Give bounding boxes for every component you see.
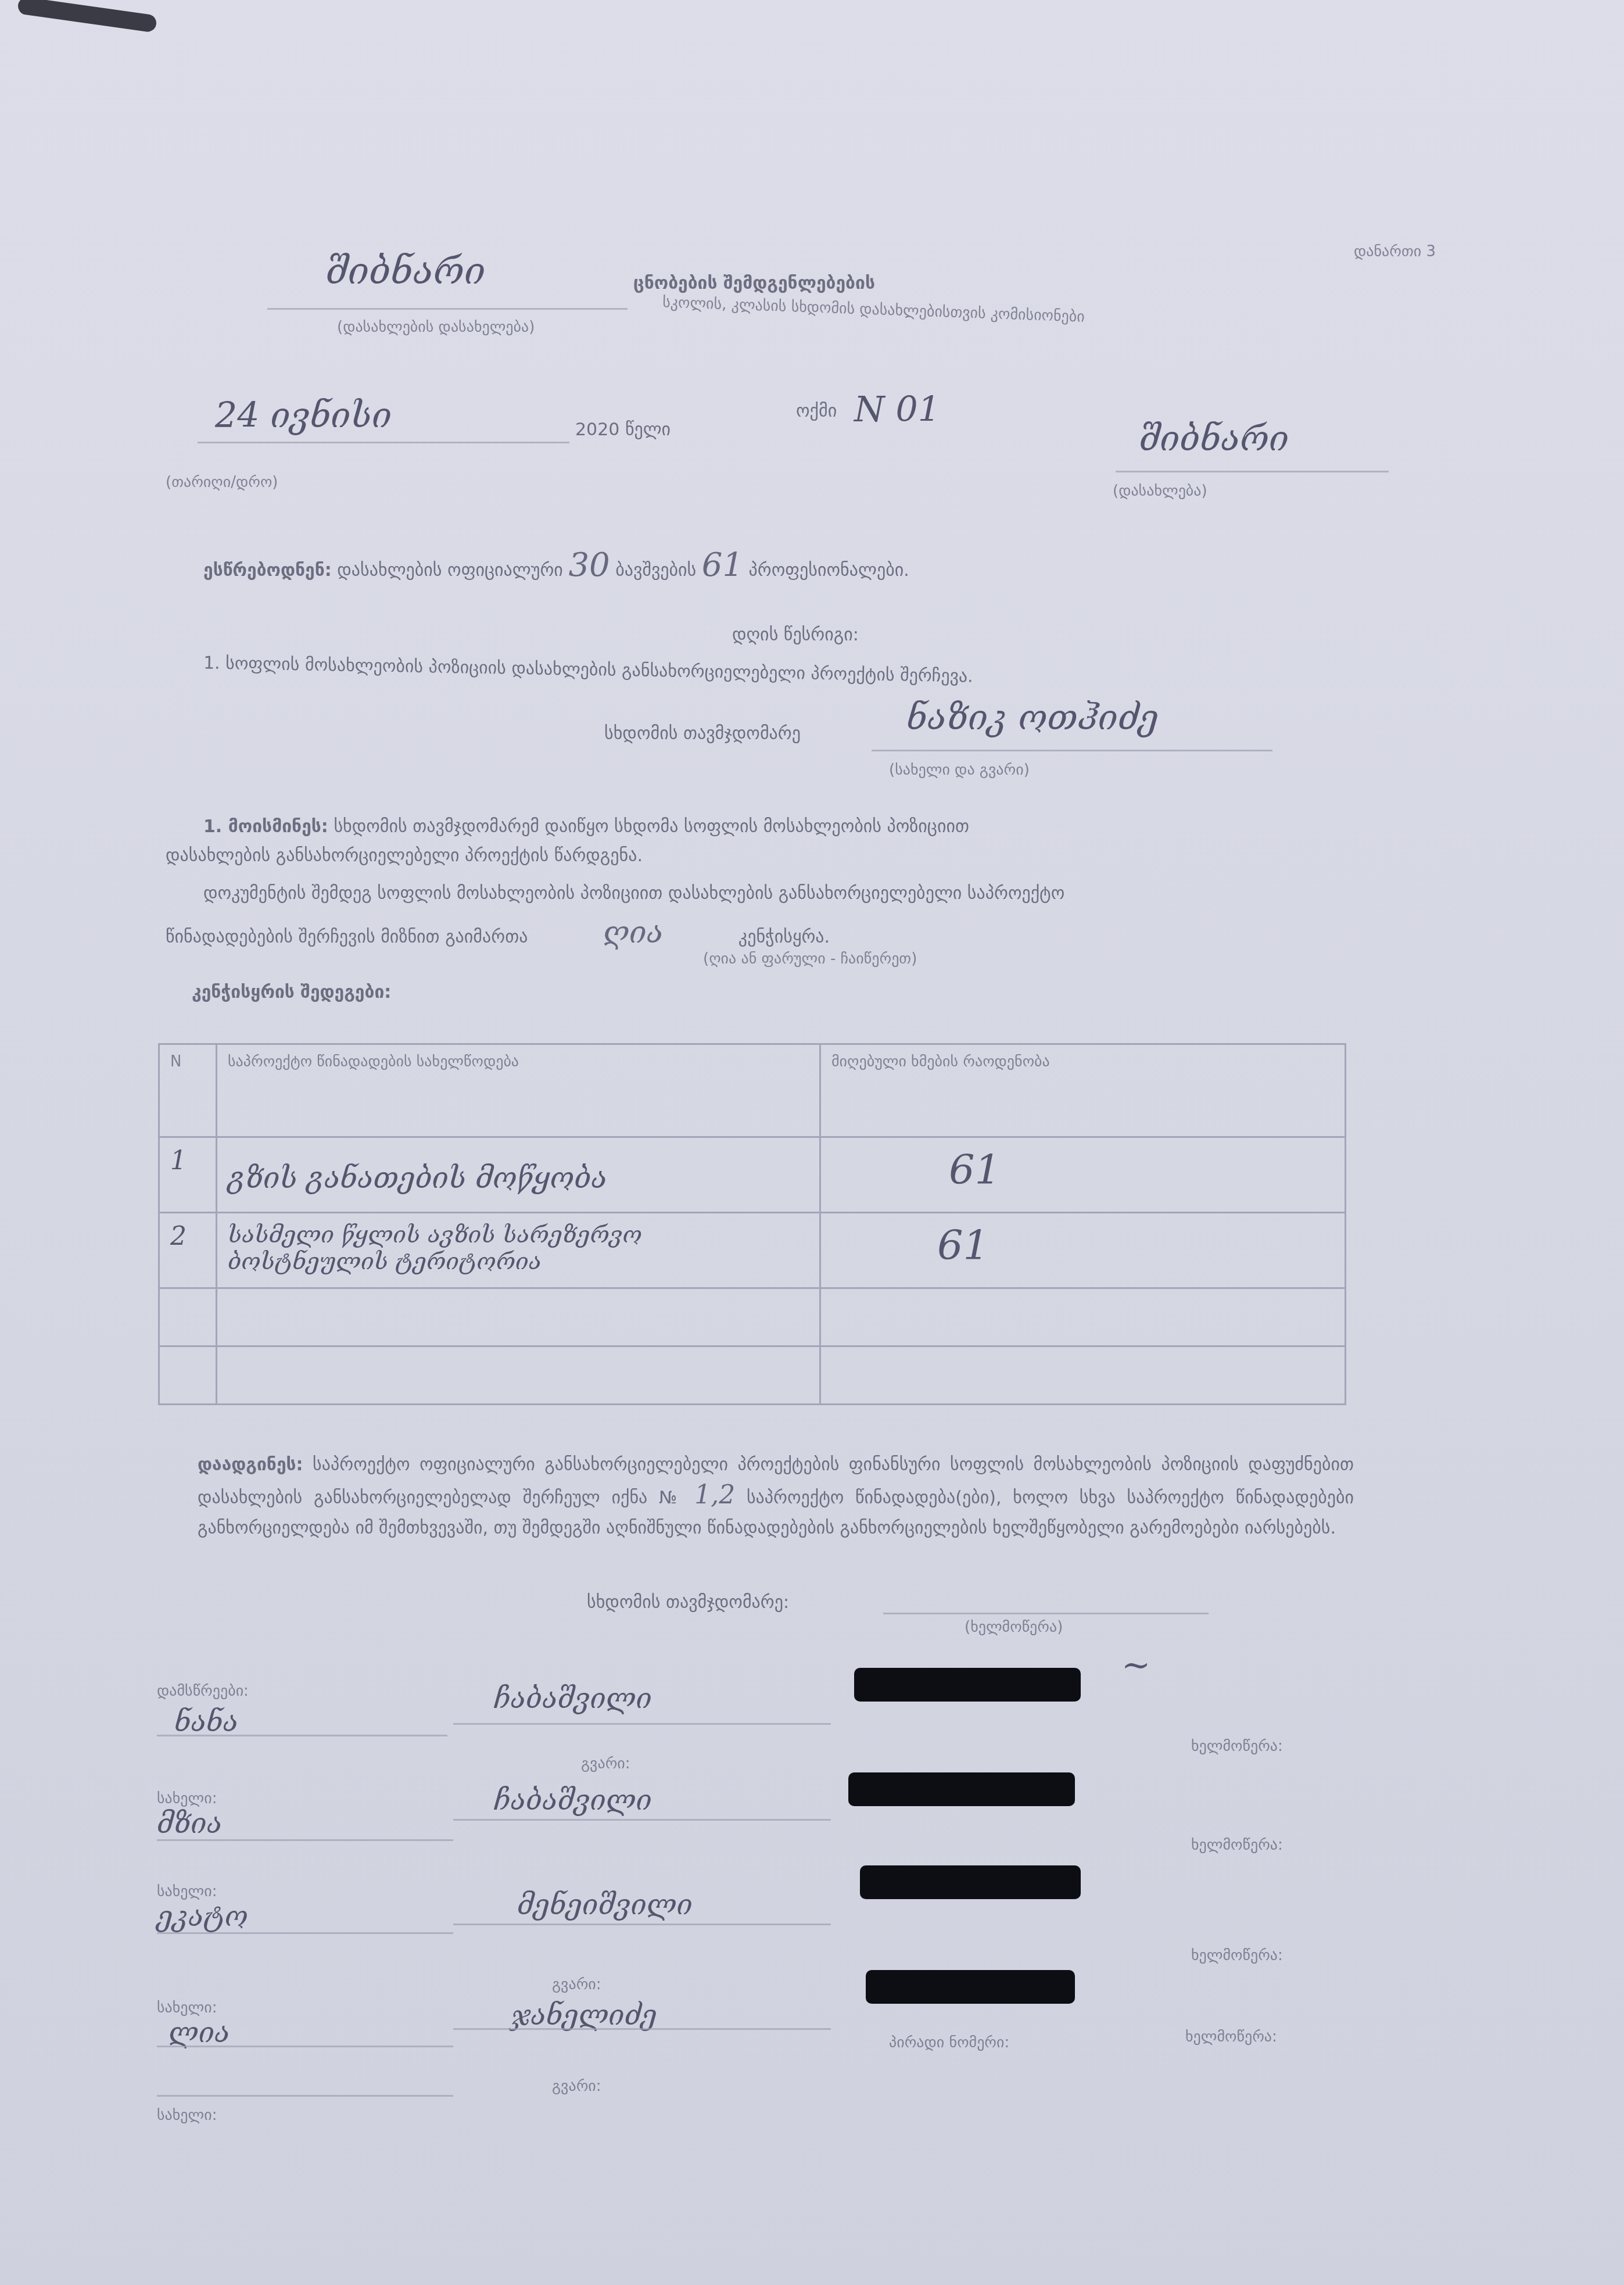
decision-number-handwritten: 1,2 [694,1480,735,1510]
hearing-line-2: დასახლების განსახორციელებელი პროექტის წა… [166,846,643,866]
document-page: დანართი 3 შიბნარი ცნობების შემდგენლებები… [0,0,1624,2285]
form-title: ცნობების შემდგენლებების [633,273,875,293]
participant-id-label: პირადი ნომერი: [889,2034,1009,2051]
participant-sign-label: ხელმოწერა: [1191,1836,1283,1854]
vote-method-caption: (ღია ან ფარული - ჩაიწერეთ) [703,950,917,968]
chair-label: სხდომის თავმჯდომარე [604,724,801,744]
protocol-number-label: ოქმი [796,401,837,421]
decision-paragraph: დაადგინეს: საპროექტო ოფიციალური განსახორ… [198,1450,1354,1543]
participant-last-name: ჩაბაშვილი [494,1682,652,1715]
participant-first-name: ლია [169,2017,230,2049]
table-row [159,1346,1346,1405]
date-caption: (თარიღი/დრო) [166,474,278,491]
participant-first-name: მზია [157,1807,222,1840]
header-project-name: საპროექტო წინადადების სახელწოდება [217,1044,820,1137]
hearing-line-3: დოკუმენტის შემდეგ სოფლის მოსახლეობის პოზ… [203,883,1064,904]
participant-surname-label: გვარი: [552,2078,601,2095]
participant-first-label: სახელი: [157,1883,217,1900]
participant-sign-label: ხელმოწერა: [1191,1738,1283,1755]
participant-first-label: სახელი: [157,2107,217,2124]
results-table: N საპროექტო წინადადების სახელწოდება მიღე… [158,1043,1346,1405]
protocol-number-handwritten: N 01 [854,389,940,430]
decision-signature-caption: (ხელმოწერა) [965,1618,1063,1636]
redacted-id [860,1865,1081,1899]
participants-heading: დამსწრეები: [157,1682,249,1700]
present-count-b: 61 [702,546,743,584]
decision-chair-label: სხდომის თავმჯდომარე: [587,1592,789,1613]
school-name-handwritten: შიბნარი [325,250,485,293]
date-handwritten: 24 ივნისი [215,395,392,436]
participant-first-name: ეკატო [157,1900,248,1933]
agenda-heading: დღის წესრიგი: [732,625,859,645]
redacted-id [848,1772,1075,1806]
chair-name-handwritten: ნაზიკ ოთჰიძე [906,697,1159,738]
hearing-line-4: წინადადებების შერჩევის მიზნით გაიმართა ღ… [166,915,830,950]
header-n: N [159,1044,217,1137]
redacted-id [854,1668,1081,1702]
present-line: ესწრებოდნენ: დასახლების ოფიციალური 30 ბა… [203,546,909,584]
participant-sign-label: ხელმოწერა: [1191,1947,1283,1964]
participant-sign-label: ხელმოწერა: [1185,2028,1277,2046]
attachment-label: დანართი 3 [1354,243,1436,260]
school-caption: (დასახლების დასახელება) [337,318,535,336]
participant-surname-label: გვარი: [552,1976,601,1993]
year-label: 2020 წელი [575,420,671,440]
participant-first-label: სახელი: [157,1999,217,2017]
pen-object [17,0,157,33]
table-row: 1 გზის განათების მოწყობა 61 [159,1137,1346,1213]
table-row: 2 სასმელი წყლის ავზის სარეზერვო ბოსტნეულ… [159,1213,1346,1288]
agenda-item-1: 1. სოფლის მოსახლეობის პოზიციის დასახლები… [203,653,973,686]
form-subtitle: სკოლის, კლასის სხდომის დასახლებისთვის კო… [662,293,1085,325]
header-votes: მიღებული ხმების რაოდენობა [820,1044,1346,1137]
table-row [159,1288,1346,1346]
hearing-line-1: 1. მოისმინეს: სხდომის თავმჯდომარემ დაიწყ… [203,816,969,837]
participant-last-name: ჩაბაშვილი [494,1784,652,1817]
participant-last-name: ჯანელიძე [511,1999,657,2032]
table-header-row: N საპროექტო წინადადების სახელწოდება მიღე… [159,1044,1346,1137]
present-count-a: 30 [568,546,610,584]
place-caption: (დასახლება) [1113,482,1207,500]
chair-caption: (სახელი და გვარი) [889,761,1030,779]
participant-first-label: სახელი: [157,1790,217,1807]
results-heading: კენჭისყრის შედეგები: [192,982,391,1002]
participant-last-name: მენეიშვილი [517,1889,693,1921]
redacted-id [866,1970,1075,2004]
participant-first-name: ნანა [174,1706,238,1738]
participant-signature: ~ [1121,1645,1150,1685]
participant-surname-label: გვარი: [581,1755,630,1772]
vote-method-handwritten: ღია [603,915,663,950]
place-handwritten: შიბნარი [1139,418,1289,459]
